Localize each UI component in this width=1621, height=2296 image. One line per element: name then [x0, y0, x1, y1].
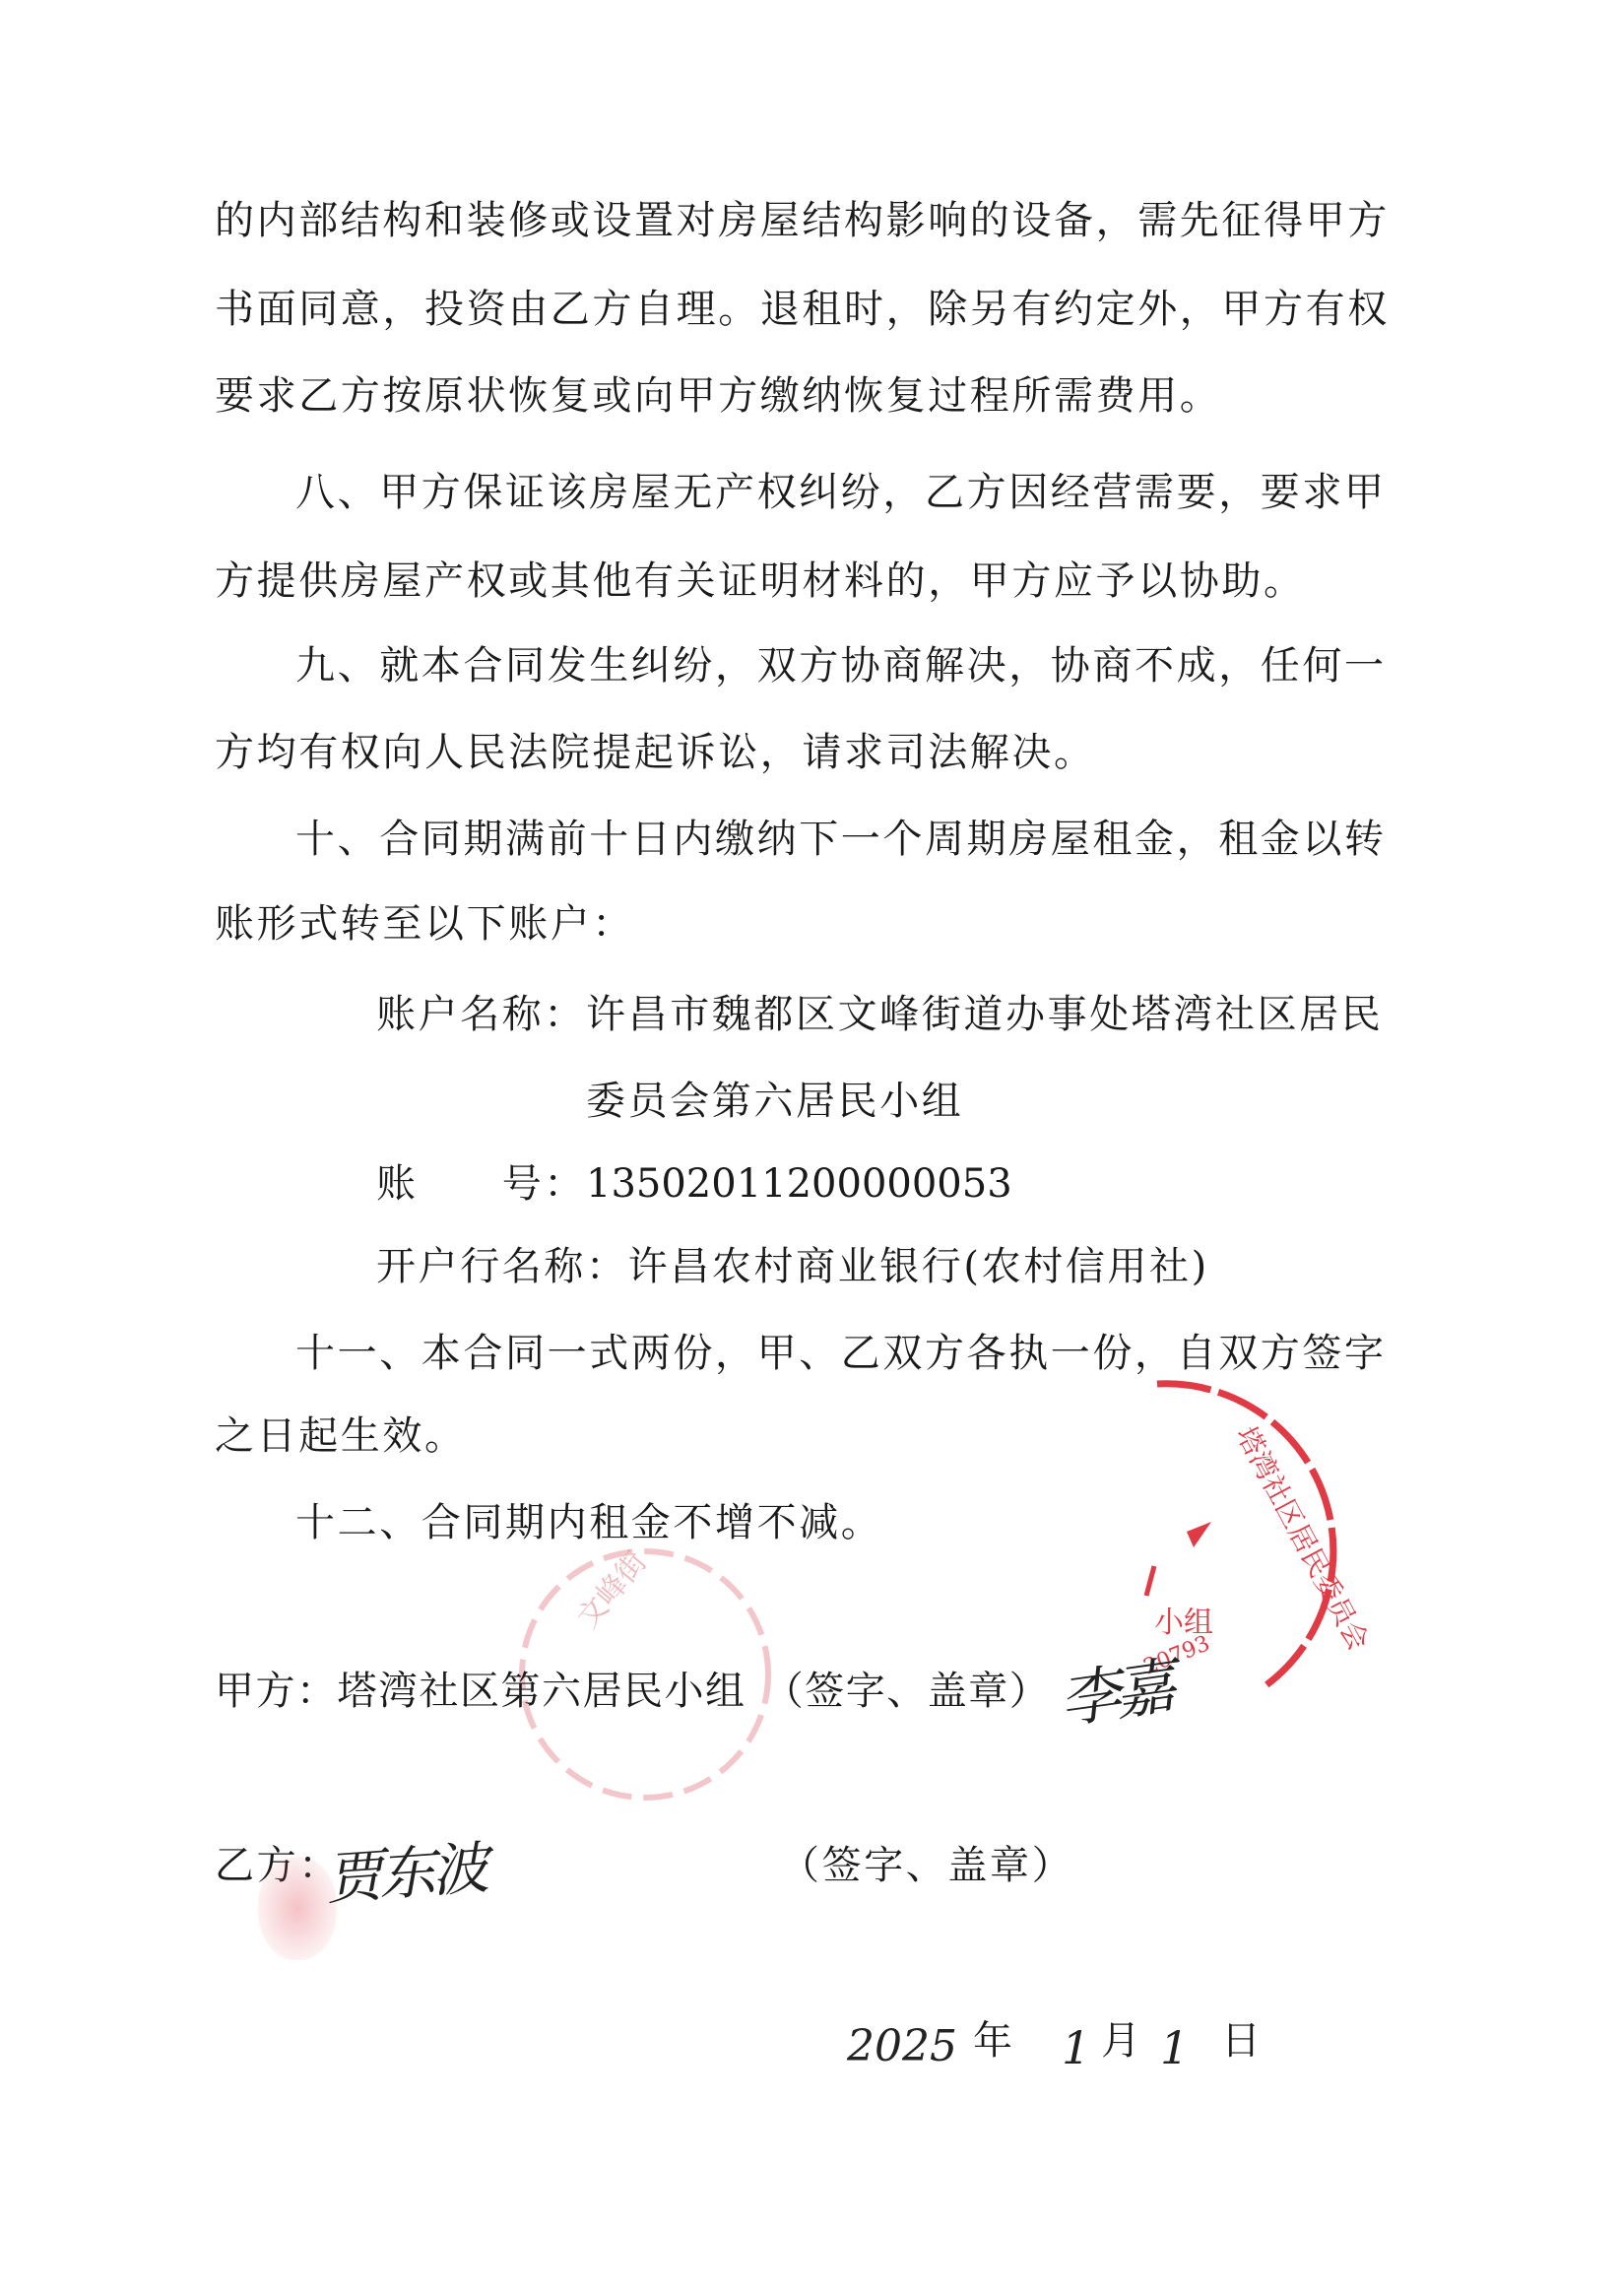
right-stamp-text: 塔湾社区居民委员会 [1230, 1421, 1369, 1656]
paragraph-line: 的内部结构和装修或设置对房屋结构影响的设备，需先征得甲方 [215, 197, 1390, 244]
party-a-row: 甲方：塔湾社区第六居民小组 （签字、盖章） [215, 1668, 1050, 1715]
account-name-row: 账户名称：许昌市魏都区文峰街道办事处塔湾社区居民 [376, 991, 1383, 1038]
account-number-value: 13502011200000053 [586, 1161, 1012, 1207]
party-b-sign-note: （签字、盖章） [780, 1842, 1073, 1889]
official-seal-right: 塔湾社区居民委员会 小组 20793 [1133, 1374, 1369, 1699]
party-b-signature: 贾东波 [322, 1821, 486, 1915]
bank-value: 许昌农村商业银行(农村信用社) [628, 1244, 1209, 1289]
party-a-signature: 李嘉 [1053, 1638, 1174, 1740]
clause-12-line: 十二、合同期内租金不增不减。 [295, 1499, 882, 1546]
left-stamp-text: 文峰街 [570, 1545, 654, 1635]
account-name-value: 许昌市魏都区文峰街道办事处塔湾社区居民 [586, 992, 1383, 1037]
clause-11-line: 十一、本合同一式两份，甲、乙双方各执一份，自双方签字 [295, 1330, 1387, 1377]
party-b-row: 乙方： [215, 1842, 341, 1889]
account-number-row: 账 号：13502011200000053 [376, 1160, 1012, 1208]
party-b-label: 乙方： [215, 1843, 341, 1888]
clause-11-line: 之日起生效。 [215, 1412, 467, 1460]
paragraph-line: 书面同意，投资由乙方自理。退租时，除另有约定外，甲方有权 [215, 286, 1390, 333]
account-name-label: 账户名称： [376, 992, 586, 1037]
clause-10-line: 账形式转至以下账户： [215, 900, 634, 948]
clause-8-line: 方提供房屋产权或其他有关证明材料的，甲方应予以协助。 [215, 558, 1306, 605]
clause-9-line: 方均有权向人民法院提起诉讼，请求司法解决。 [215, 729, 1096, 776]
date-year-unit: 年 [973, 2017, 1015, 2065]
account-number-label: 账 号： [376, 1161, 586, 1207]
date-month-unit: 月 [1101, 2017, 1143, 2065]
clause-10-line: 十、合同期满前十日内缴纳下一个周期房屋租金，租金以转 [295, 816, 1387, 863]
party-a-sign-note: （签字、盖章） [764, 1669, 1051, 1714]
date-year: 2025 [847, 2021, 957, 2071]
paragraph-line: 要求乙方按原状恢复或向甲方缴纳恢复过程所需费用。 [215, 372, 1221, 420]
right-stamp-sub: 小组 [1154, 1606, 1213, 1640]
party-a-label: 甲方：塔湾社区第六居民小组 [215, 1669, 746, 1714]
clause-8-line: 八、甲方保证该房屋无产权纠纷，乙方因经营需要，要求甲 [295, 469, 1387, 516]
date-row: 2025 年 1 月 1 日 [847, 2017, 1320, 2076]
account-name-continued: 委员会第六居民小组 [586, 1078, 963, 1125]
bank-label: 开户行名称： [376, 1244, 628, 1289]
date-month: 1 [1062, 2021, 1090, 2074]
contract-page: 的内部结构和装修或设置对房屋结构影响的设备，需先征得甲方 书面同意，投资由乙方自… [0, 0, 1621, 2296]
clause-9-line: 九、就本合同发生纠纷，双方协商解决，协商不成，任何一 [295, 642, 1387, 689]
date-day: 1 [1160, 2021, 1189, 2074]
date-day-unit: 日 [1221, 2017, 1264, 2065]
bank-row: 开户行名称：许昌农村商业银行(农村信用社) [376, 1243, 1209, 1290]
